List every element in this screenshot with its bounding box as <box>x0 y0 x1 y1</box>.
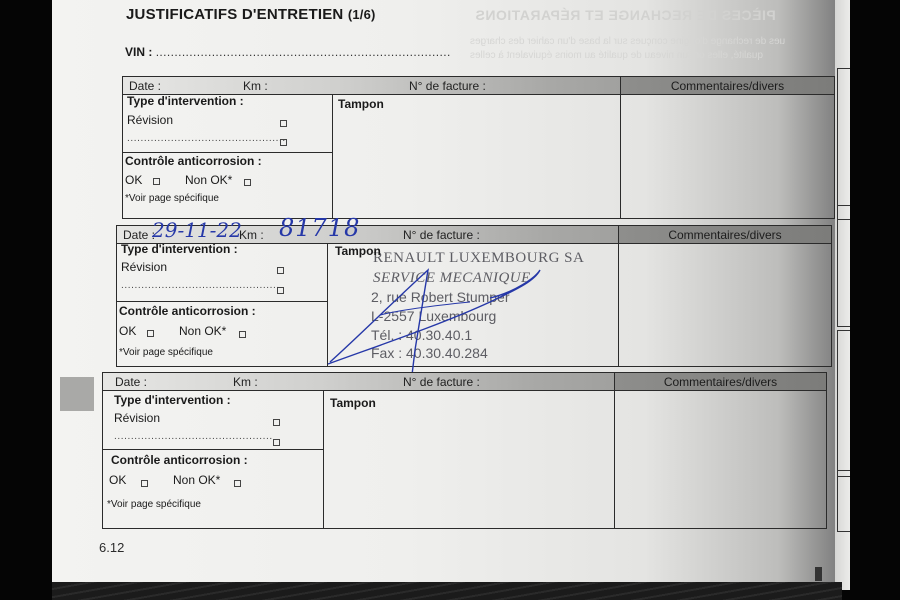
page-title: JUSTIFICATIFS D'ENTRETIEN (1/6) <box>126 6 376 23</box>
bleed-through-text: ues de rechange d'origine conçues sur la… <box>470 36 785 47</box>
revision-label: Révision <box>121 260 167 274</box>
page-number: 6.12 <box>99 540 124 555</box>
comments-label: Commentaires/divers <box>619 226 831 244</box>
comments-area[interactable] <box>618 244 831 366</box>
ok-label: OK <box>125 173 142 187</box>
other-intervention-line[interactable]: ........................................… <box>127 133 286 144</box>
revision-label: Révision <box>114 411 160 425</box>
page-indicator: (1/6) <box>348 7 376 22</box>
not-ok-label: Non OK* <box>185 173 232 187</box>
footnote: *Voir page spécifique <box>107 499 201 510</box>
comments-area[interactable] <box>620 95 834 218</box>
invoice-label: N° de facture : <box>403 375 480 389</box>
stamp-label: Tampon <box>330 396 376 410</box>
not-ok-checkbox[interactable] <box>244 179 251 186</box>
revision-checkbox[interactable] <box>280 120 287 127</box>
stamp-label: Tampon <box>335 244 381 258</box>
comments-label: Commentaires/divers <box>615 373 826 391</box>
vin-label: VIN : <box>125 45 152 59</box>
entry-header: Date : Km : N° de facture : Commentaires… <box>123 77 834 95</box>
date-label: Date : <box>115 375 147 389</box>
section-tab-marker <box>60 377 94 411</box>
anticorrosion-label: Contrôle anticorrosion : <box>119 304 256 318</box>
next-page-edge <box>835 0 850 590</box>
other-checkbox[interactable] <box>277 287 284 294</box>
km-label: Km : <box>243 79 268 93</box>
maintenance-entry-1: Date : Km : N° de facture : Commentaires… <box>122 76 835 219</box>
not-ok-label: Non OK* <box>173 473 220 487</box>
footnote: *Voir page spécifique <box>125 193 219 204</box>
other-checkbox[interactable] <box>273 439 280 446</box>
ok-checkbox[interactable] <box>153 178 160 185</box>
other-intervention-line[interactable]: ........................................… <box>121 280 280 291</box>
revision-checkbox[interactable] <box>273 419 280 426</box>
revision-label: Révision <box>127 113 173 127</box>
maintenance-entry-3: Date : Km : N° de facture : Commentaires… <box>102 372 827 529</box>
other-checkbox[interactable] <box>280 139 287 146</box>
footnote: *Voir page spécifique <box>119 347 213 358</box>
date-label: Date : <box>129 79 161 93</box>
intervention-type-label: Type d'intervention : <box>121 242 238 256</box>
not-ok-checkbox[interactable] <box>234 480 241 487</box>
corner-mark <box>815 567 822 581</box>
vin-value[interactable]: ........................................… <box>156 45 451 59</box>
comments-label: Commentaires/divers <box>621 77 834 95</box>
not-ok-checkbox[interactable] <box>239 331 246 338</box>
entry-header: Date : Km : N° de facture : Commentaires… <box>103 373 826 391</box>
km-label: Km : <box>233 375 258 389</box>
title-text: JUSTIFICATIFS D'ENTRETIEN <box>126 6 343 23</box>
handwritten-km[interactable]: 81718 <box>279 214 360 242</box>
anticorrosion-label: Contrôle anticorrosion : <box>111 453 248 467</box>
stamp-label: Tampon <box>338 97 384 111</box>
anticorrosion-label: Contrôle anticorrosion : <box>125 154 262 168</box>
bleed-through-text: qualité, elles ont un niveau de qualité … <box>470 50 763 61</box>
revision-checkbox[interactable] <box>277 267 284 274</box>
bleed-through-title: PIÈCES DE RECHANGE ET RÉPARATIONS <box>475 7 776 23</box>
ok-checkbox[interactable] <box>147 330 154 337</box>
not-ok-label: Non OK* <box>179 324 226 338</box>
vin-field: VIN : ..................................… <box>125 45 451 59</box>
ok-label: OK <box>109 473 126 487</box>
ok-label: OK <box>119 324 136 338</box>
intervention-type-label: Type d'intervention : <box>127 94 244 108</box>
binding-strip <box>52 582 842 600</box>
handwritten-date[interactable]: 29-11-22 <box>152 218 242 242</box>
comments-area[interactable] <box>614 391 826 528</box>
invoice-label: N° de facture : <box>409 79 486 93</box>
ok-checkbox[interactable] <box>141 480 148 487</box>
other-intervention-line[interactable]: ........................................… <box>114 431 273 442</box>
km-label: Km : <box>239 228 264 242</box>
date-label: Date : <box>123 228 155 242</box>
intervention-type-label: Type d'intervention : <box>114 393 231 407</box>
signature-icon <box>320 240 570 380</box>
